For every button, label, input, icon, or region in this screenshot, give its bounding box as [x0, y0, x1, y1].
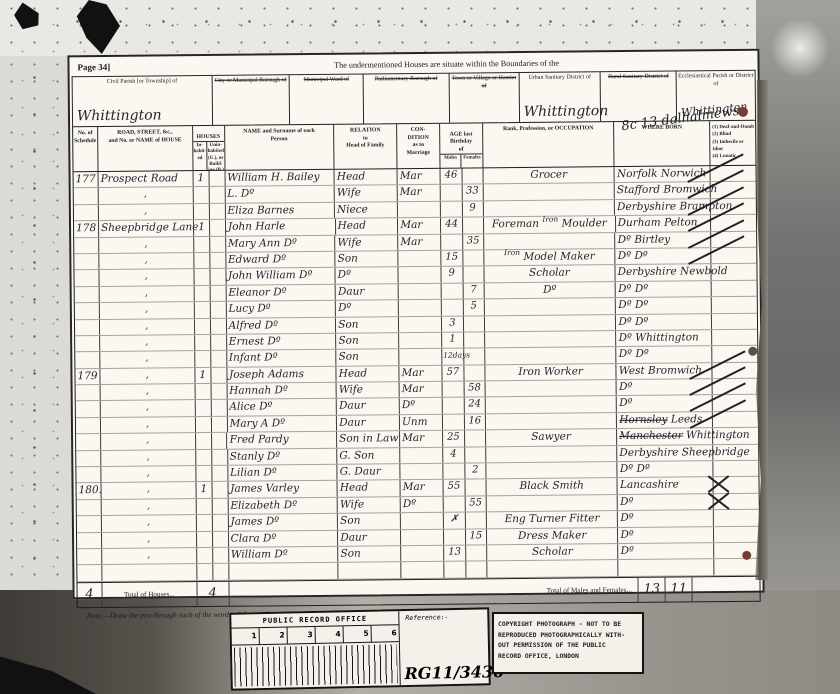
cell-occupation — [486, 495, 618, 512]
ruler-number: 2 — [260, 628, 288, 645]
cell-schedule — [75, 352, 100, 368]
cell-condition — [401, 562, 444, 578]
ruler-number: 5 — [344, 626, 372, 643]
red-stamp-dot-bottom — [742, 551, 751, 560]
cell-occupation: Iron Model Maker — [484, 249, 616, 266]
cell-inhabited — [194, 302, 210, 318]
cell-uninhabited — [211, 318, 227, 334]
cell-relation — [339, 563, 402, 579]
cell-occupation: Foreman Iron Moulder — [484, 216, 616, 233]
cell-age-male — [444, 562, 466, 578]
ruler-inch-cells: 123456 — [232, 624, 399, 645]
cell-name: Edward Dº — [226, 252, 336, 268]
cell-road: , — [102, 483, 197, 499]
cell-born: Hornsley Leeds — [617, 412, 713, 428]
cell-infirmity — [713, 461, 758, 477]
cell-age-female — [465, 447, 486, 463]
cell-occupation: Scholar — [484, 265, 616, 282]
cell-infirmity — [711, 248, 756, 264]
cell-name: Eliza Barnes — [225, 203, 335, 219]
cell-uninhabited — [212, 449, 228, 465]
cell-schedule — [74, 238, 99, 254]
cell-age-female — [463, 250, 484, 266]
copyright-line: REPRODUCED PHOTOGRAPHICALLY WITH- — [498, 630, 638, 641]
cell-schedule — [74, 205, 99, 221]
cell-road: , — [101, 417, 196, 433]
cell-age-female — [466, 545, 487, 561]
cell-name — [229, 563, 339, 579]
cell-occupation — [486, 446, 618, 463]
cell-schedule — [77, 533, 102, 549]
cell-schedule — [77, 516, 102, 532]
cell-uninhabited — [213, 548, 229, 564]
cell-name: John William Dº — [226, 268, 336, 284]
cell-born: Dº Dº — [616, 314, 712, 330]
cell-name: Mary Ann Dº — [226, 235, 336, 251]
cell-relation: Son — [336, 317, 399, 333]
census-form: Page 34] The undermentioned Houses are s… — [67, 49, 764, 600]
cell-infirmity — [714, 477, 759, 493]
district-label: Parliamentary Borough of — [364, 74, 449, 85]
cell-uninhabited — [213, 531, 229, 547]
cell-age-male — [442, 300, 464, 316]
page-number-label: Page 34] — [71, 61, 197, 72]
reference-value: RG11/3436 — [404, 662, 504, 683]
cell-condition — [401, 546, 444, 562]
cell-born: Dº — [617, 396, 713, 412]
cell-relation: Daur — [338, 530, 401, 546]
district-box: Urban Sanitary District ofWhittington — [519, 72, 601, 122]
cell-condition: Unm — [400, 415, 443, 431]
scanned-census-page: Page 34] The undermentioned Houses are s… — [0, 0, 840, 694]
cell-age-male: 3 — [442, 316, 464, 332]
cell-occupation: Dress Maker — [487, 528, 619, 545]
cell-age-female: 15 — [466, 529, 487, 545]
cell-age-female — [464, 316, 485, 332]
cell-name: Eleanor Dº — [226, 285, 336, 301]
cell-born: Dº Birtley — [616, 232, 712, 248]
col-relation: RELATION to Head of Family — [334, 124, 397, 169]
cell-age-female: 35 — [463, 234, 484, 250]
cell-occupation — [485, 331, 617, 348]
cell-occupation — [486, 462, 618, 479]
cell-inhabited — [195, 384, 211, 400]
cell-road: , — [101, 450, 196, 466]
cell-infirmity — [712, 330, 757, 346]
cell-schedule — [75, 303, 100, 319]
cell-schedule — [77, 500, 102, 516]
cell-uninhabited — [212, 466, 228, 482]
cell-road: , — [99, 237, 194, 253]
cell-age-male — [443, 398, 465, 414]
cell-age-male: ✗ — [444, 513, 466, 529]
cell-condition — [400, 447, 443, 463]
cell-uninhabited — [209, 171, 225, 187]
cell-age-male — [444, 529, 466, 545]
cell-age-female: 58 — [464, 381, 485, 397]
cell-inhabited — [193, 204, 209, 220]
copyright-line: RECORD OFFICE, LONDON — [498, 651, 638, 662]
cell-inhabited — [195, 400, 211, 416]
cell-condition: Dº — [401, 497, 444, 513]
cell-relation: G. Son — [337, 448, 400, 464]
district-value-handwritten: Whittington — [77, 107, 162, 124]
cell-occupation: Grocer — [483, 167, 615, 184]
cell-age-female: 7 — [464, 283, 485, 299]
cell-inhabited — [196, 417, 212, 433]
cell-occupation: Black Smith — [486, 478, 618, 495]
cell-uninhabited — [210, 302, 226, 318]
cell-occupation: Scholar — [487, 544, 619, 561]
cell-inhabited — [197, 532, 213, 548]
col-houses: HOUSES In- habit- ed Unin- habited (U.),… — [193, 126, 225, 170]
cell-relation: Dº — [336, 268, 399, 284]
cell-uninhabited — [212, 515, 228, 531]
cell-relation: Son in Law — [337, 431, 400, 447]
cell-occupation — [485, 347, 617, 364]
cell-age-female: 9 — [462, 201, 483, 217]
cell-uninhabited — [211, 400, 227, 416]
cell-inhabited — [194, 286, 210, 302]
cell-condition: Mar — [398, 234, 441, 250]
cell-age-female — [465, 431, 486, 447]
cell-name: Lucy Dº — [226, 301, 336, 317]
cell-schedule — [74, 254, 99, 270]
cell-age-female — [464, 365, 485, 381]
cell-age-male — [441, 201, 463, 217]
cell-condition: Mar — [400, 431, 443, 447]
cell-road: , — [102, 515, 197, 531]
cell-name: William Dº — [229, 547, 339, 563]
cell-inhabited: 1 — [195, 368, 211, 384]
cell-infirmity — [712, 264, 757, 280]
cell-schedule: 180. — [77, 483, 102, 499]
cell-road: , — [101, 466, 196, 482]
cell-relation: Head — [337, 366, 400, 382]
cell-uninhabited — [211, 351, 227, 367]
cell-born: Derbyshire Brampton — [615, 199, 711, 215]
cell-age-male — [442, 283, 464, 299]
cell-road: , — [101, 433, 196, 449]
cell-age-male: 12days — [442, 349, 464, 365]
cell-schedule — [76, 418, 101, 434]
ruler-scale: PUBLIC RECORD OFFICE 123456 — [231, 611, 401, 689]
cell-road: , — [101, 384, 196, 400]
cell-road: , — [99, 269, 194, 285]
cell-born: Dº — [619, 543, 715, 559]
cell-born: Durham Pelton — [615, 215, 711, 231]
cell-age-female: 24 — [465, 398, 486, 414]
cell-uninhabited — [212, 482, 228, 498]
district-label: Civil Parish [or Township] of — [73, 76, 212, 87]
cell-road: , — [102, 548, 197, 564]
totals-margin-value: 4 — [77, 583, 102, 607]
cell-relation: Niece — [335, 202, 398, 218]
cell-infirmity — [712, 313, 757, 329]
cell-occupation — [485, 298, 617, 315]
col-condition: CON- DITION as to Marriage — [397, 124, 440, 168]
cell-name: Stanly Dº — [228, 448, 338, 464]
cell-road: , — [101, 401, 196, 417]
cell-age-female — [465, 480, 486, 496]
cell-inhabited — [195, 318, 211, 334]
cell-schedule — [75, 287, 100, 303]
cell-uninhabited — [210, 269, 226, 285]
col-age-label: AGE last Birthday of — [440, 131, 482, 155]
col-uninhabited: Unin- habited (U.), or Build- ing (B.) — [208, 142, 224, 170]
cell-relation: Son — [336, 251, 399, 267]
cell-road — [102, 564, 197, 580]
cell-uninhabited — [210, 236, 226, 252]
cell-infirmity — [712, 297, 757, 313]
col-schedule: No. of Schedule — [73, 127, 98, 171]
cell-relation: Son — [338, 513, 401, 529]
cell-age-male: 4 — [443, 447, 465, 463]
cell-inhabited — [196, 515, 212, 531]
cell-relation: Wife — [337, 382, 400, 398]
ruler-number: 4 — [316, 626, 344, 643]
copyright-line: COPYRIGHT PHOTOGRAPH - NOT TO BE — [498, 619, 638, 630]
cell-schedule — [75, 320, 100, 336]
cell-road: , — [100, 302, 195, 318]
cell-condition — [399, 349, 442, 365]
cell-schedule: 178 — [74, 221, 99, 237]
cell-age-female — [466, 562, 487, 578]
cell-age-male: 25 — [443, 431, 465, 447]
cell-inhabited — [194, 253, 210, 269]
cell-inhabited — [196, 433, 212, 449]
cell-uninhabited — [212, 499, 228, 515]
cell-schedule — [76, 451, 101, 467]
district-label: Rural Sanitary District of — [601, 71, 676, 82]
cell-condition: Mar — [398, 218, 441, 234]
cell-road: , — [102, 532, 197, 548]
cell-age-male: 15 — [441, 250, 463, 266]
cell-born: Dº — [618, 510, 714, 526]
district-value-handwritten: Whittington — [524, 103, 609, 120]
district-box: Municipal Ward of — [290, 74, 364, 124]
cell-occupation — [487, 560, 619, 577]
cell-relation: G. Daur — [338, 464, 401, 480]
cell-road: , — [99, 204, 194, 220]
col-age-males: Males — [440, 155, 462, 168]
cell-condition — [398, 202, 441, 218]
cell-born: Dº — [617, 379, 713, 395]
cell-age-male: 9 — [441, 267, 463, 283]
cell-age-female: 55 — [466, 496, 487, 512]
cell-occupation — [484, 233, 616, 250]
col-occupation: Rank, Profession, or OCCUPATION — [483, 122, 615, 167]
cell-age-male — [440, 185, 462, 201]
cell-condition — [399, 333, 442, 349]
ruler-tick-marks — [234, 644, 398, 686]
cell-name: Infant Dº — [227, 350, 337, 366]
cell-inhabited — [194, 237, 210, 253]
cell-name: Hannah Dº — [227, 383, 337, 399]
cell-condition — [398, 267, 441, 283]
cell-infirmity — [714, 510, 759, 526]
cell-schedule — [75, 336, 100, 352]
cell-born: Dº Dº — [616, 297, 712, 313]
copyright-stamp: COPYRIGHT PHOTOGRAPH - NOT TO BE REPRODU… — [492, 612, 644, 674]
col-age: AGE last Birthday of Males Females — [440, 123, 483, 167]
cell-born: Dº Dº — [616, 281, 712, 297]
district-label: City or Municipal Borough of — [212, 75, 289, 86]
cell-infirmity — [714, 543, 759, 559]
cell-relation: Daur — [337, 399, 400, 415]
cell-condition — [399, 316, 442, 332]
cell-name: Fred Pardy — [227, 432, 337, 448]
cell-condition — [401, 513, 444, 529]
cell-age-female — [463, 267, 484, 283]
cell-infirmity — [712, 280, 757, 296]
district-box: Town or Village or Hamlet of — [449, 73, 519, 123]
cell-inhabited: 1 — [194, 220, 210, 236]
col-name: NAME and Surname of each Person — [225, 125, 335, 170]
cell-schedule — [76, 434, 101, 450]
cell-age-male — [441, 234, 463, 250]
census-rows: 177Prospect Road1William H. BaileyHeadMa… — [74, 166, 760, 582]
cell-road: , — [100, 335, 195, 351]
cell-uninhabited — [212, 433, 228, 449]
cell-uninhabited — [210, 220, 226, 236]
cell-name: Joseph Adams — [227, 366, 337, 382]
cell-born: Derbyshire Newbold — [616, 265, 712, 281]
cell-schedule — [76, 401, 101, 417]
cell-occupation — [485, 315, 617, 332]
totals-males-females-label: Total of Males and Females... — [229, 578, 639, 606]
cell-inhabited — [195, 335, 211, 351]
cell-name: Alfred Dº — [227, 317, 337, 333]
cell-name: James Dº — [228, 514, 338, 530]
cell-occupation — [486, 413, 618, 430]
cell-occupation: Eng Turner Fitter — [487, 511, 619, 528]
cell-relation: Head — [335, 169, 398, 185]
cell-schedule — [76, 467, 101, 483]
cell-relation: Dº — [336, 300, 399, 316]
cell-age-female — [466, 513, 487, 529]
col-houses-label: HOUSES — [193, 133, 224, 142]
cell-occupation: Sawyer — [486, 429, 618, 446]
cell-relation: Son — [336, 349, 399, 365]
cell-inhabited: 1 — [193, 171, 209, 187]
cell-relation: Wife — [338, 497, 401, 513]
cell-inhabited — [197, 548, 213, 564]
ruler-number: 1 — [232, 628, 260, 645]
cell-schedule — [74, 270, 99, 286]
col-road: ROAD, STREET, &c., and No. or NAME of HO… — [98, 126, 193, 171]
cell-relation: Wife — [335, 235, 398, 251]
cell-infirmity — [714, 559, 759, 575]
cell-born: Dº — [618, 527, 714, 543]
cell-infirmity — [714, 526, 759, 542]
cell-road: Sheepbridge Lane — [99, 220, 194, 236]
cell-occupation: Dº — [484, 282, 616, 299]
cell-road: , — [102, 499, 197, 515]
cell-occupation — [485, 380, 617, 397]
situate-heading: The undermentioned Houses are situate wi… — [197, 56, 755, 70]
cell-age-female: 33 — [462, 185, 483, 201]
ruler-number: 3 — [288, 627, 316, 644]
cell-inhabited — [196, 466, 212, 482]
cell-condition — [399, 283, 442, 299]
cell-infirmity — [713, 412, 758, 428]
cell-age-female: 5 — [464, 299, 485, 315]
cell-inhabited — [196, 499, 212, 515]
district-label: Urban Sanitary District of — [519, 72, 600, 83]
cell-born: Norfolk Norwich — [615, 166, 711, 182]
census-table: No. of Schedule ROAD, STREET, &c., and N… — [72, 120, 761, 608]
cell-relation: Son — [338, 546, 401, 562]
reference-label: Reference:- — [399, 609, 487, 622]
col-inhabited: In- habit- ed — [193, 142, 208, 170]
cell-inhabited: 1 — [196, 482, 212, 498]
cell-condition: Mar — [400, 382, 443, 398]
cell-name: James Varley — [228, 481, 338, 497]
cell-age-male — [443, 464, 465, 480]
cell-infirmity — [713, 444, 758, 460]
cell-uninhabited — [210, 286, 226, 302]
cell-condition: Mar — [401, 480, 444, 496]
cell-name: Mary A Dº — [227, 416, 337, 432]
cell-occupation — [483, 183, 615, 200]
cell-schedule: 179 — [75, 369, 100, 385]
cell-name: Ernest Dº — [227, 334, 337, 350]
cell-age-female — [464, 349, 485, 365]
public-record-office-ruler: PUBLIC RECORD OFFICE 123456 Reference:- … — [229, 607, 491, 690]
cell-schedule: 177 — [74, 172, 99, 188]
cell-road: , — [99, 188, 194, 204]
cell-schedule — [77, 549, 102, 565]
cell-condition — [398, 251, 441, 267]
cell-uninhabited — [211, 335, 227, 351]
cell-infirmity — [714, 494, 759, 510]
district-box: Parliamentary Borough of — [364, 74, 450, 124]
cell-road: , — [100, 286, 195, 302]
cell-born: Dº Whittington — [616, 330, 712, 346]
cell-name: Elizabeth Dº — [228, 498, 338, 514]
cell-age-male: 1 — [442, 332, 464, 348]
cell-age-male — [443, 382, 465, 398]
district-box: City or Municipal Borough of — [212, 75, 290, 125]
cell-age-male: 44 — [441, 218, 463, 234]
col-age-females: Females — [462, 154, 483, 167]
cell-born: Manchester Whittington — [617, 428, 713, 444]
cell-age-male — [443, 414, 465, 430]
cell-inhabited — [197, 564, 213, 580]
district-label: Ecclesiastical Parish or District of — [677, 71, 755, 89]
cell-inhabited — [195, 351, 211, 367]
cell-name: William H. Bailey — [225, 170, 335, 186]
cell-age-female — [464, 332, 485, 348]
scan-glare — [770, 18, 830, 78]
cell-relation: Son — [336, 333, 399, 349]
cell-born: Dº Dº — [617, 346, 713, 362]
cell-born — [619, 560, 715, 576]
cell-name: L. Dº — [225, 186, 335, 202]
cell-born: Stafford Bromwich — [615, 183, 711, 199]
cell-relation: Daur — [336, 284, 399, 300]
cell-condition — [399, 300, 442, 316]
cell-inhabited — [193, 187, 209, 203]
cell-age-female — [463, 218, 484, 234]
cell-condition: Dº — [400, 398, 443, 414]
cell-age-male: 46 — [440, 169, 462, 185]
district-label: Municipal Ward of — [290, 74, 363, 84]
cell-occupation — [486, 397, 618, 414]
cell-condition: Mar — [398, 169, 441, 185]
cell-name: Alice Dº — [227, 399, 337, 415]
